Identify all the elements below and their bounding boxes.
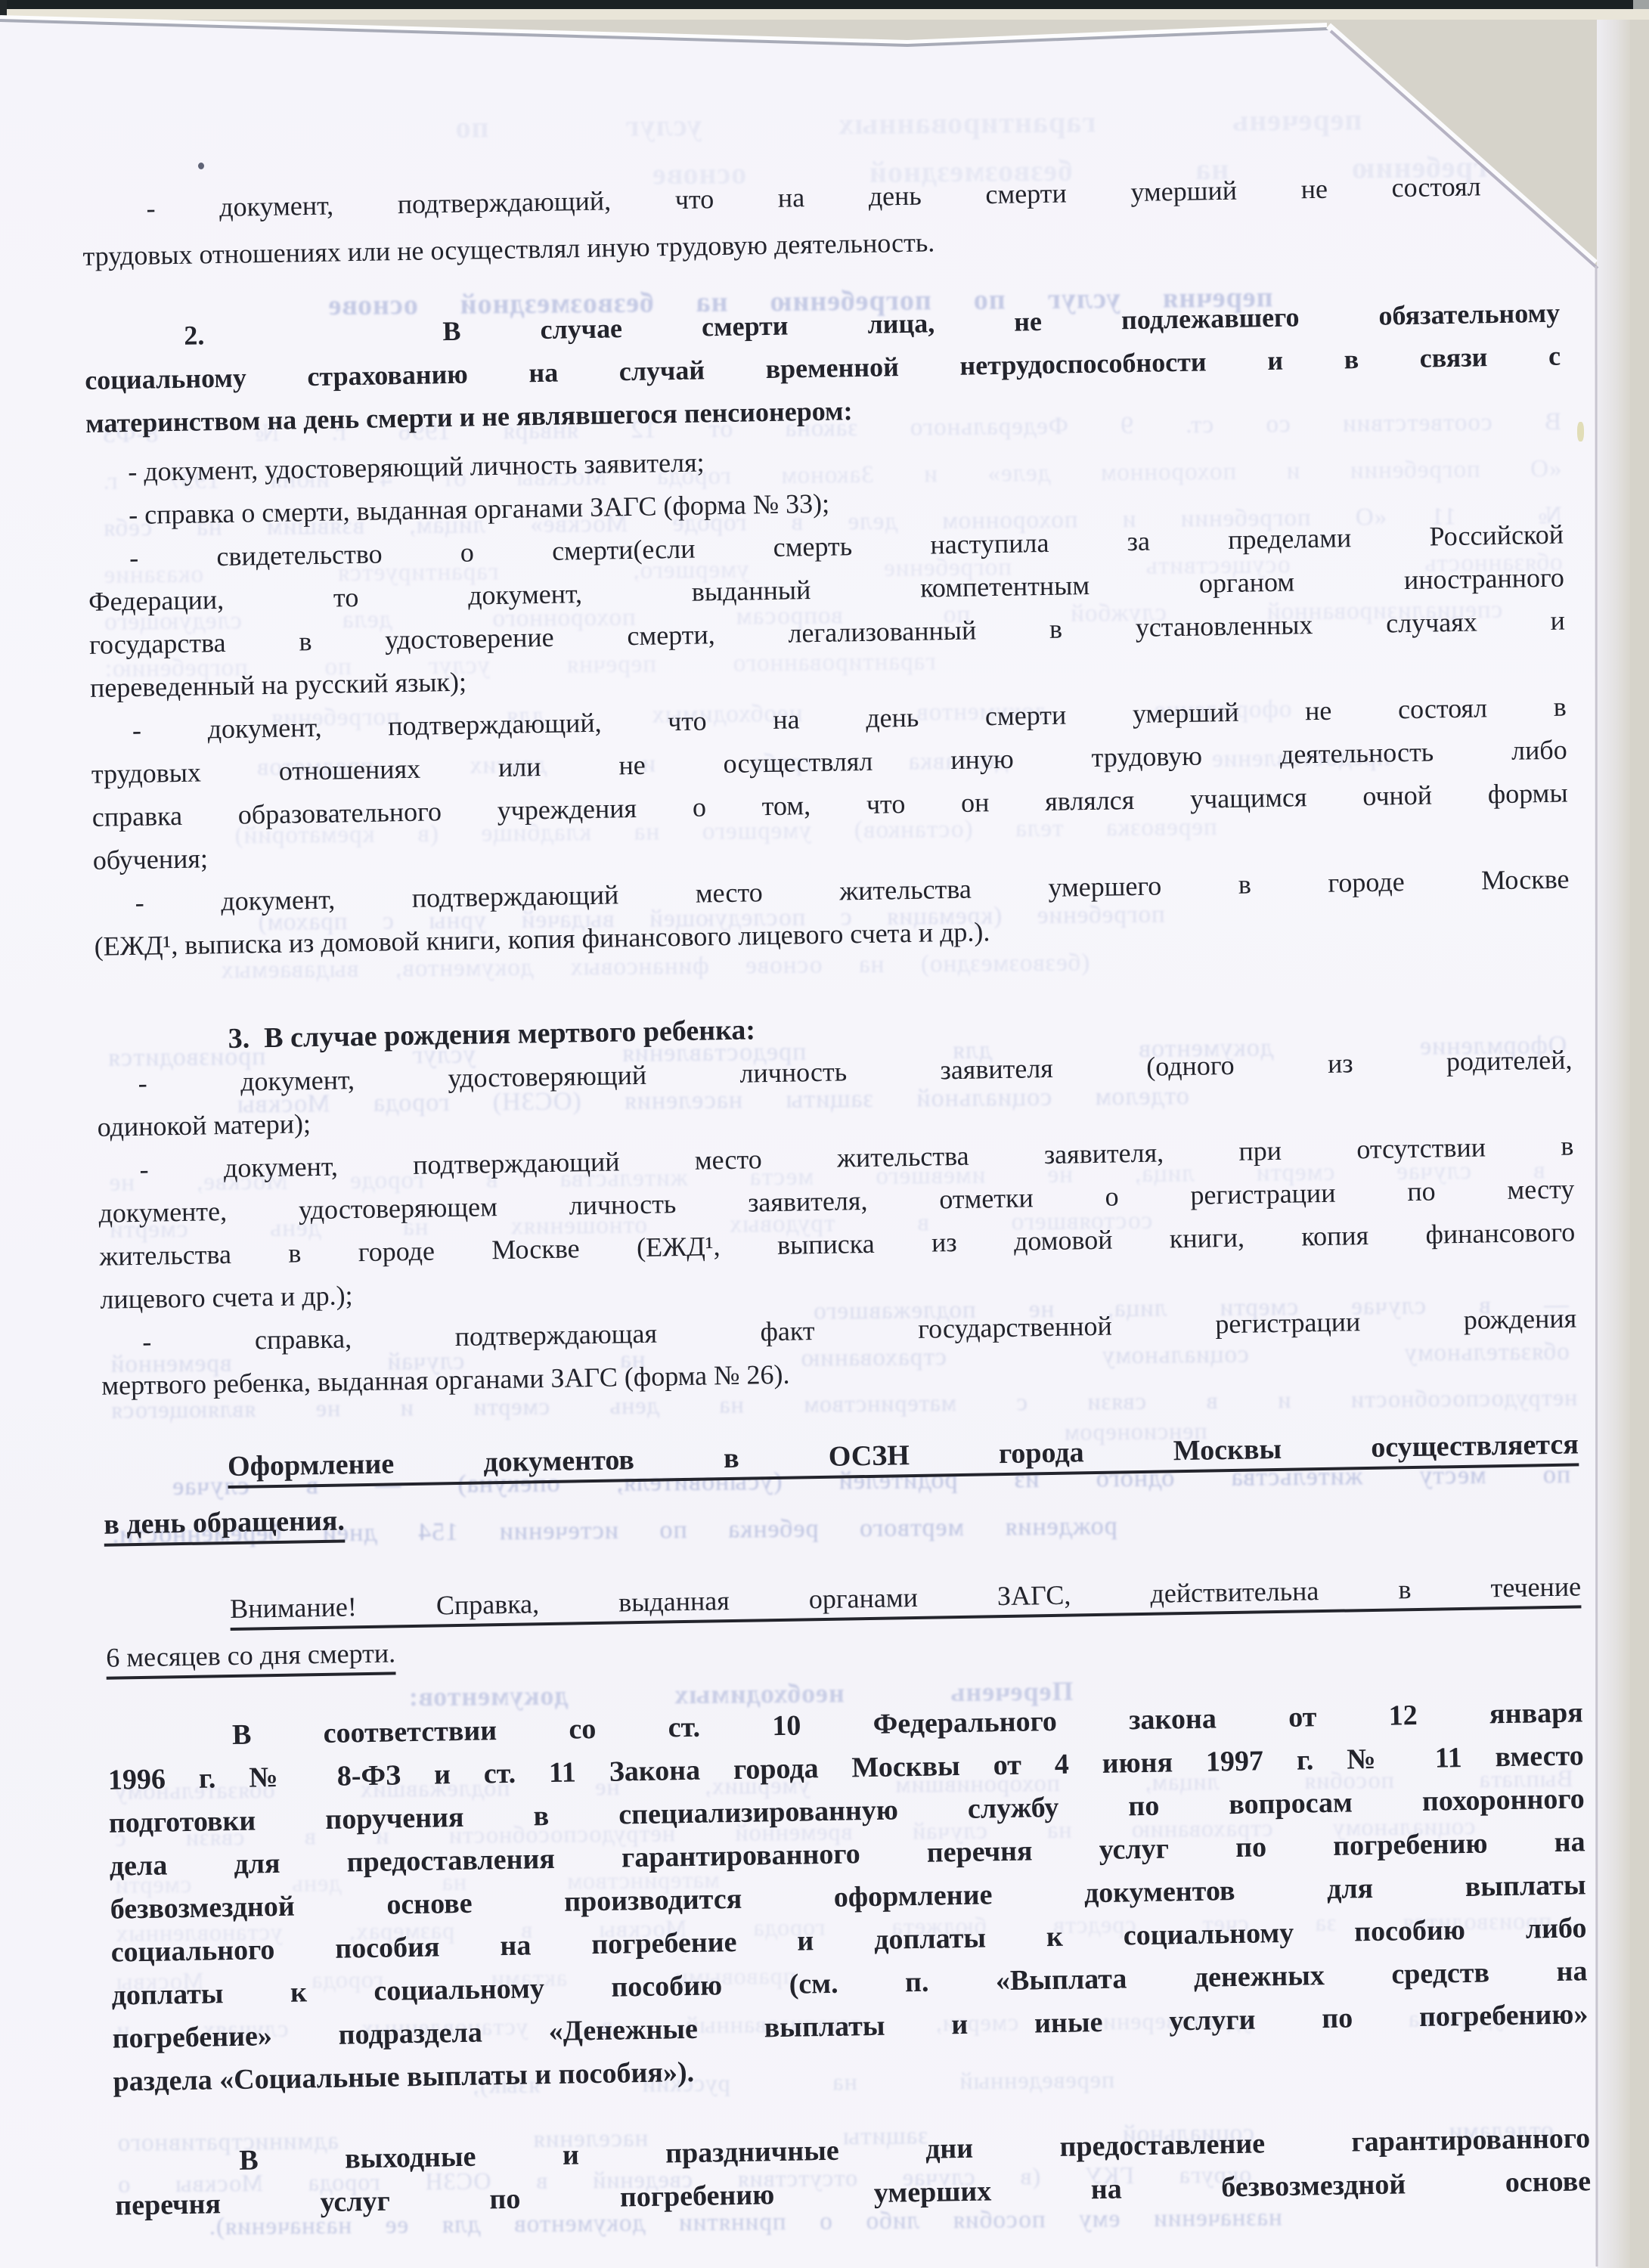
- scanned-document: { "scan": { "background_color": "#d6d3ca…: [0, 0, 1649, 2268]
- scanner-top-band-end: [1633, 0, 1649, 9]
- item-residence-applicant: - документ, подтверждающий место жительс…: [98, 1124, 1576, 1321]
- bleedthrough-line: перечень гарантированных услуг по: [454, 101, 1362, 144]
- scanner-left-notch: [0, 0, 7, 20]
- scanner-top-band: [0, 0, 1633, 9]
- paragraph-law-reference: В соответствии со ст. 10 Федерального за…: [107, 1691, 1589, 2103]
- paper-stain: [1577, 422, 1584, 442]
- under-sheet-edge: [1597, 20, 1630, 2268]
- item-death-abroad-doc: - свидетельство о смерти(если смерть нас…: [88, 513, 1567, 710]
- notice-certificate-validity: Внимание! Справка, выданная органами ЗАГ…: [105, 1563, 1582, 1681]
- page-sheet: перечень гарантированных услуг попогребе…: [0, 0, 1649, 2268]
- notice-processing-same-day: Оформление документов в ОСЗН города Моск…: [103, 1416, 1580, 1552]
- ink-speck: [198, 163, 204, 169]
- scanner-gap-strip: [0, 9, 1649, 20]
- item-no-employment-or-student: - документ, подтверждающий, что на день …: [90, 686, 1569, 882]
- document-text: - документ, подтверждающий, что на день …: [82, 162, 1592, 2228]
- section-2-heading: 2. В случае смерти лица, не подлежавшего…: [84, 292, 1562, 445]
